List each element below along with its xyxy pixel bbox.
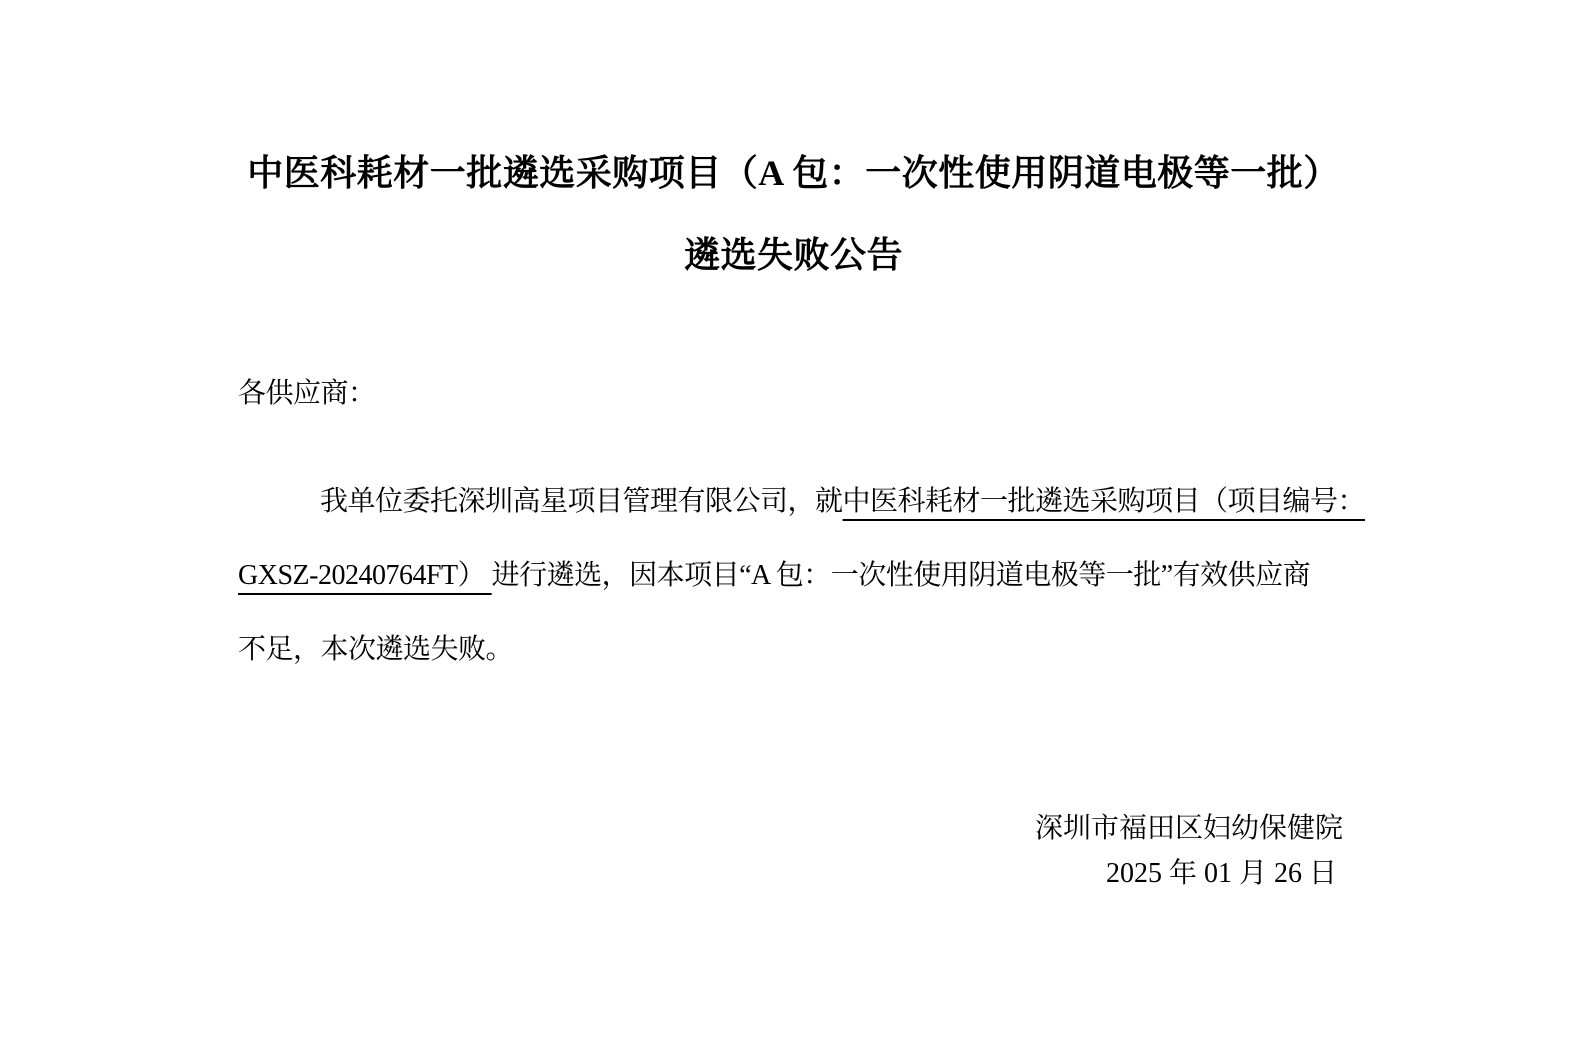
- paragraph-line-1: 我单位委托深圳高星项目管理有限公司，就中医科耗材一批遴选采购项目（项目编号：: [320, 484, 1365, 519]
- signature-date: 2025 年 01 月 26 日: [1106, 851, 1337, 891]
- paragraph-line-3: 不足，本次遴选失败。: [238, 632, 513, 667]
- project-name-underlined-text: 中医科耗材一批遴选采购项目（项目编号：: [843, 486, 1366, 517]
- salutation-line: 各供应商：: [238, 376, 376, 411]
- signature-organization: 深圳市福田区妇幼保健院: [1035, 806, 1343, 846]
- document-title-line1: 中医科耗材一批遴选采购项目（A 包：一次性使用阴道电极等一批）: [0, 152, 1587, 195]
- document-title-line2: 遴选失败公告: [0, 234, 1587, 277]
- paragraph-line2-normal-text: 进行遴选，因本项目“A 包：一次性使用阴道电极等一批”有效供应商: [492, 560, 1311, 591]
- announcement-document-page: 中医科耗材一批遴选采购项目（A 包：一次性使用阴道电极等一批） 遴选失败公告 各…: [0, 0, 1587, 1043]
- paragraph-line-2: GXSZ-20240764FT） 进行遴选，因本项目“A 包：一次性使用阴道电极…: [238, 558, 1310, 593]
- paragraph-line1-normal-text: 我单位委托深圳高星项目管理有限公司，就: [320, 486, 843, 517]
- project-code-underlined-text: GXSZ-20240764FT）: [238, 560, 492, 591]
